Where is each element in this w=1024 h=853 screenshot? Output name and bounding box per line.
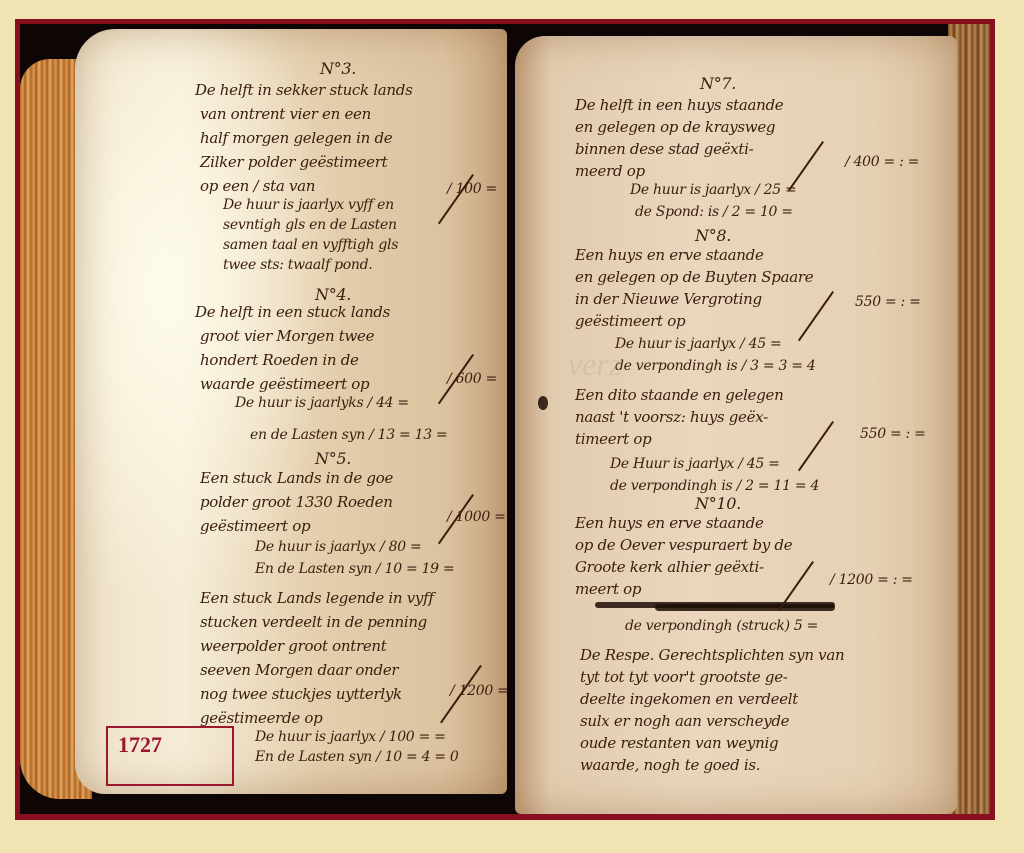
entry-number: N°5. (315, 449, 351, 468)
entry-line: waarde geëstimeert op (200, 375, 369, 393)
entry-line: Een dito staande en gelegen (575, 386, 784, 404)
entry-line: De helft in een huys staande (575, 96, 783, 114)
entry-subline: twee sts: twaalf pond. (223, 257, 372, 273)
entry-line: seeven Morgen daar onder (200, 661, 398, 679)
entry-line: Een huys en erve staande (575, 246, 764, 264)
closing-note-line: De Respe. Gerechtsplichten syn van (580, 646, 844, 664)
entry-subline: en de Lasten syn / 13 = 13 = (250, 427, 447, 443)
entry-number: N°7. (700, 74, 736, 93)
entry-line: op een / sta van (200, 177, 315, 195)
entry-line: Zilker polder geëstimeert (200, 153, 387, 171)
closing-note-line: deelte ingekomen en verdeelt (580, 690, 798, 708)
entry-subline: En de Lasten syn / 10 = 19 = (255, 561, 454, 577)
year-label-box: 1727 (106, 726, 234, 786)
entry-line: geëstimeerde op (200, 709, 322, 727)
entry-number: N°3. (320, 59, 356, 78)
entry-subline: de verpondingh is / 3 = 3 = 4 (615, 358, 815, 374)
entry-subline: sevntigh gls en de Lasten (223, 217, 397, 233)
entry-subline: De huur is jaarlyx / 25 = (630, 182, 796, 198)
entry-value: / 400 = : = (845, 154, 919, 170)
entry-line: op de Oever vespuraert by de (575, 536, 792, 554)
left-page: N°3. De helft in sekker stuck lands van … (75, 29, 507, 794)
entry-line: polder groot 1330 Roeden (200, 493, 393, 511)
watermark-text: verz (568, 346, 621, 383)
ledger-slash (798, 291, 834, 341)
entry-line: half morgen gelegen in de (200, 129, 392, 147)
entry-subline: De huur is jaarlyx / 100 = = (255, 729, 446, 745)
entry-line: Een huys en erve staande (575, 514, 764, 532)
manuscript-photo: N°3. De helft in sekker stuck lands van … (20, 24, 990, 814)
entry-subline: De Huur is jaarlyx / 45 = (610, 456, 780, 472)
entry-subline: De huur is jaarlyx vyff en (223, 197, 394, 213)
entry-subline: de Spond: is / 2 = 10 = (635, 204, 793, 220)
entry-subline: de verpondingh is / 2 = 11 = 4 (610, 478, 819, 494)
entry-number: N°8. (695, 226, 731, 245)
entry-value: 550 = : = (860, 426, 926, 442)
entry-line: De helft in een stuck lands (195, 303, 390, 321)
entry-line: binnen dese stad geëxti- (575, 140, 753, 158)
closing-note-line: oude restanten van weynig (580, 734, 778, 752)
entry-line: Een stuck Lands legende in vyff (200, 589, 434, 607)
photo-frame: N°3. De helft in sekker stuck lands van … (15, 19, 995, 820)
ink-strikethrough (655, 604, 835, 611)
entry-line: en gelegen op de Buyten Spaare (575, 268, 813, 286)
entry-subline: de verpondingh (struck) 5 = (625, 618, 818, 634)
year-label: 1727 (118, 732, 162, 758)
entry-subline: De huur is jaarlyx / 45 = (615, 336, 781, 352)
entry-line: stucken verdeelt in de penning (200, 613, 427, 631)
ledger-slash (788, 141, 824, 191)
entry-number: N°10. (695, 494, 741, 513)
entry-subline: De huur is jaarlyx / 80 = (255, 539, 421, 555)
entry-line: De helft in sekker stuck lands (195, 81, 413, 99)
entry-value: / 100 = (447, 181, 497, 197)
entry-line: Een stuck Lands in de goe (200, 469, 393, 487)
entry-subline: En de Lasten syn / 10 = 4 = 0 (255, 749, 459, 765)
closing-note-line: tyt tot tyt voor't grootste ge- (580, 668, 788, 686)
entry-line: naast 't voorsz: huys geëx- (575, 408, 768, 426)
entry-line: hondert Roeden in de (200, 351, 359, 369)
closing-note-line: sulx er nogh aan verscheyde (580, 712, 789, 730)
entry-value: / 1200 = : = (830, 572, 913, 588)
entry-subline: samen taal en vyfftigh gls (223, 237, 398, 253)
entry-line: groot vier Morgen twee (200, 327, 374, 345)
entry-line: meerd op (575, 162, 645, 180)
entry-line: nog twee stuckjes uytterlyk (200, 685, 402, 703)
entry-line: Groote kerk alhier geëxti- (575, 558, 764, 576)
entry-line: en gelegen op de kraysweg (575, 118, 775, 136)
closing-note-line: waarde, nogh te goed is. (580, 756, 760, 774)
ledger-slash (798, 421, 834, 471)
entry-subline: De huur is jaarlyks / 44 = (235, 395, 409, 411)
entry-line: van ontrent vier en een (200, 105, 371, 123)
entry-number: N°4. (315, 285, 351, 304)
entry-line: meert op (575, 580, 641, 598)
entry-value: 550 = : = (855, 294, 921, 310)
entry-line: geëstimeert op (200, 517, 310, 535)
entry-line: in der Nieuwe Vergroting (575, 290, 762, 308)
ink-dot (538, 396, 548, 410)
right-page: N°7. De helft in een huys staande en gel… (515, 36, 957, 814)
entry-line: geëstimeert op (575, 312, 685, 330)
entry-line: timeert op (575, 430, 651, 448)
entry-line: weerpolder groot ontrent (200, 637, 387, 655)
